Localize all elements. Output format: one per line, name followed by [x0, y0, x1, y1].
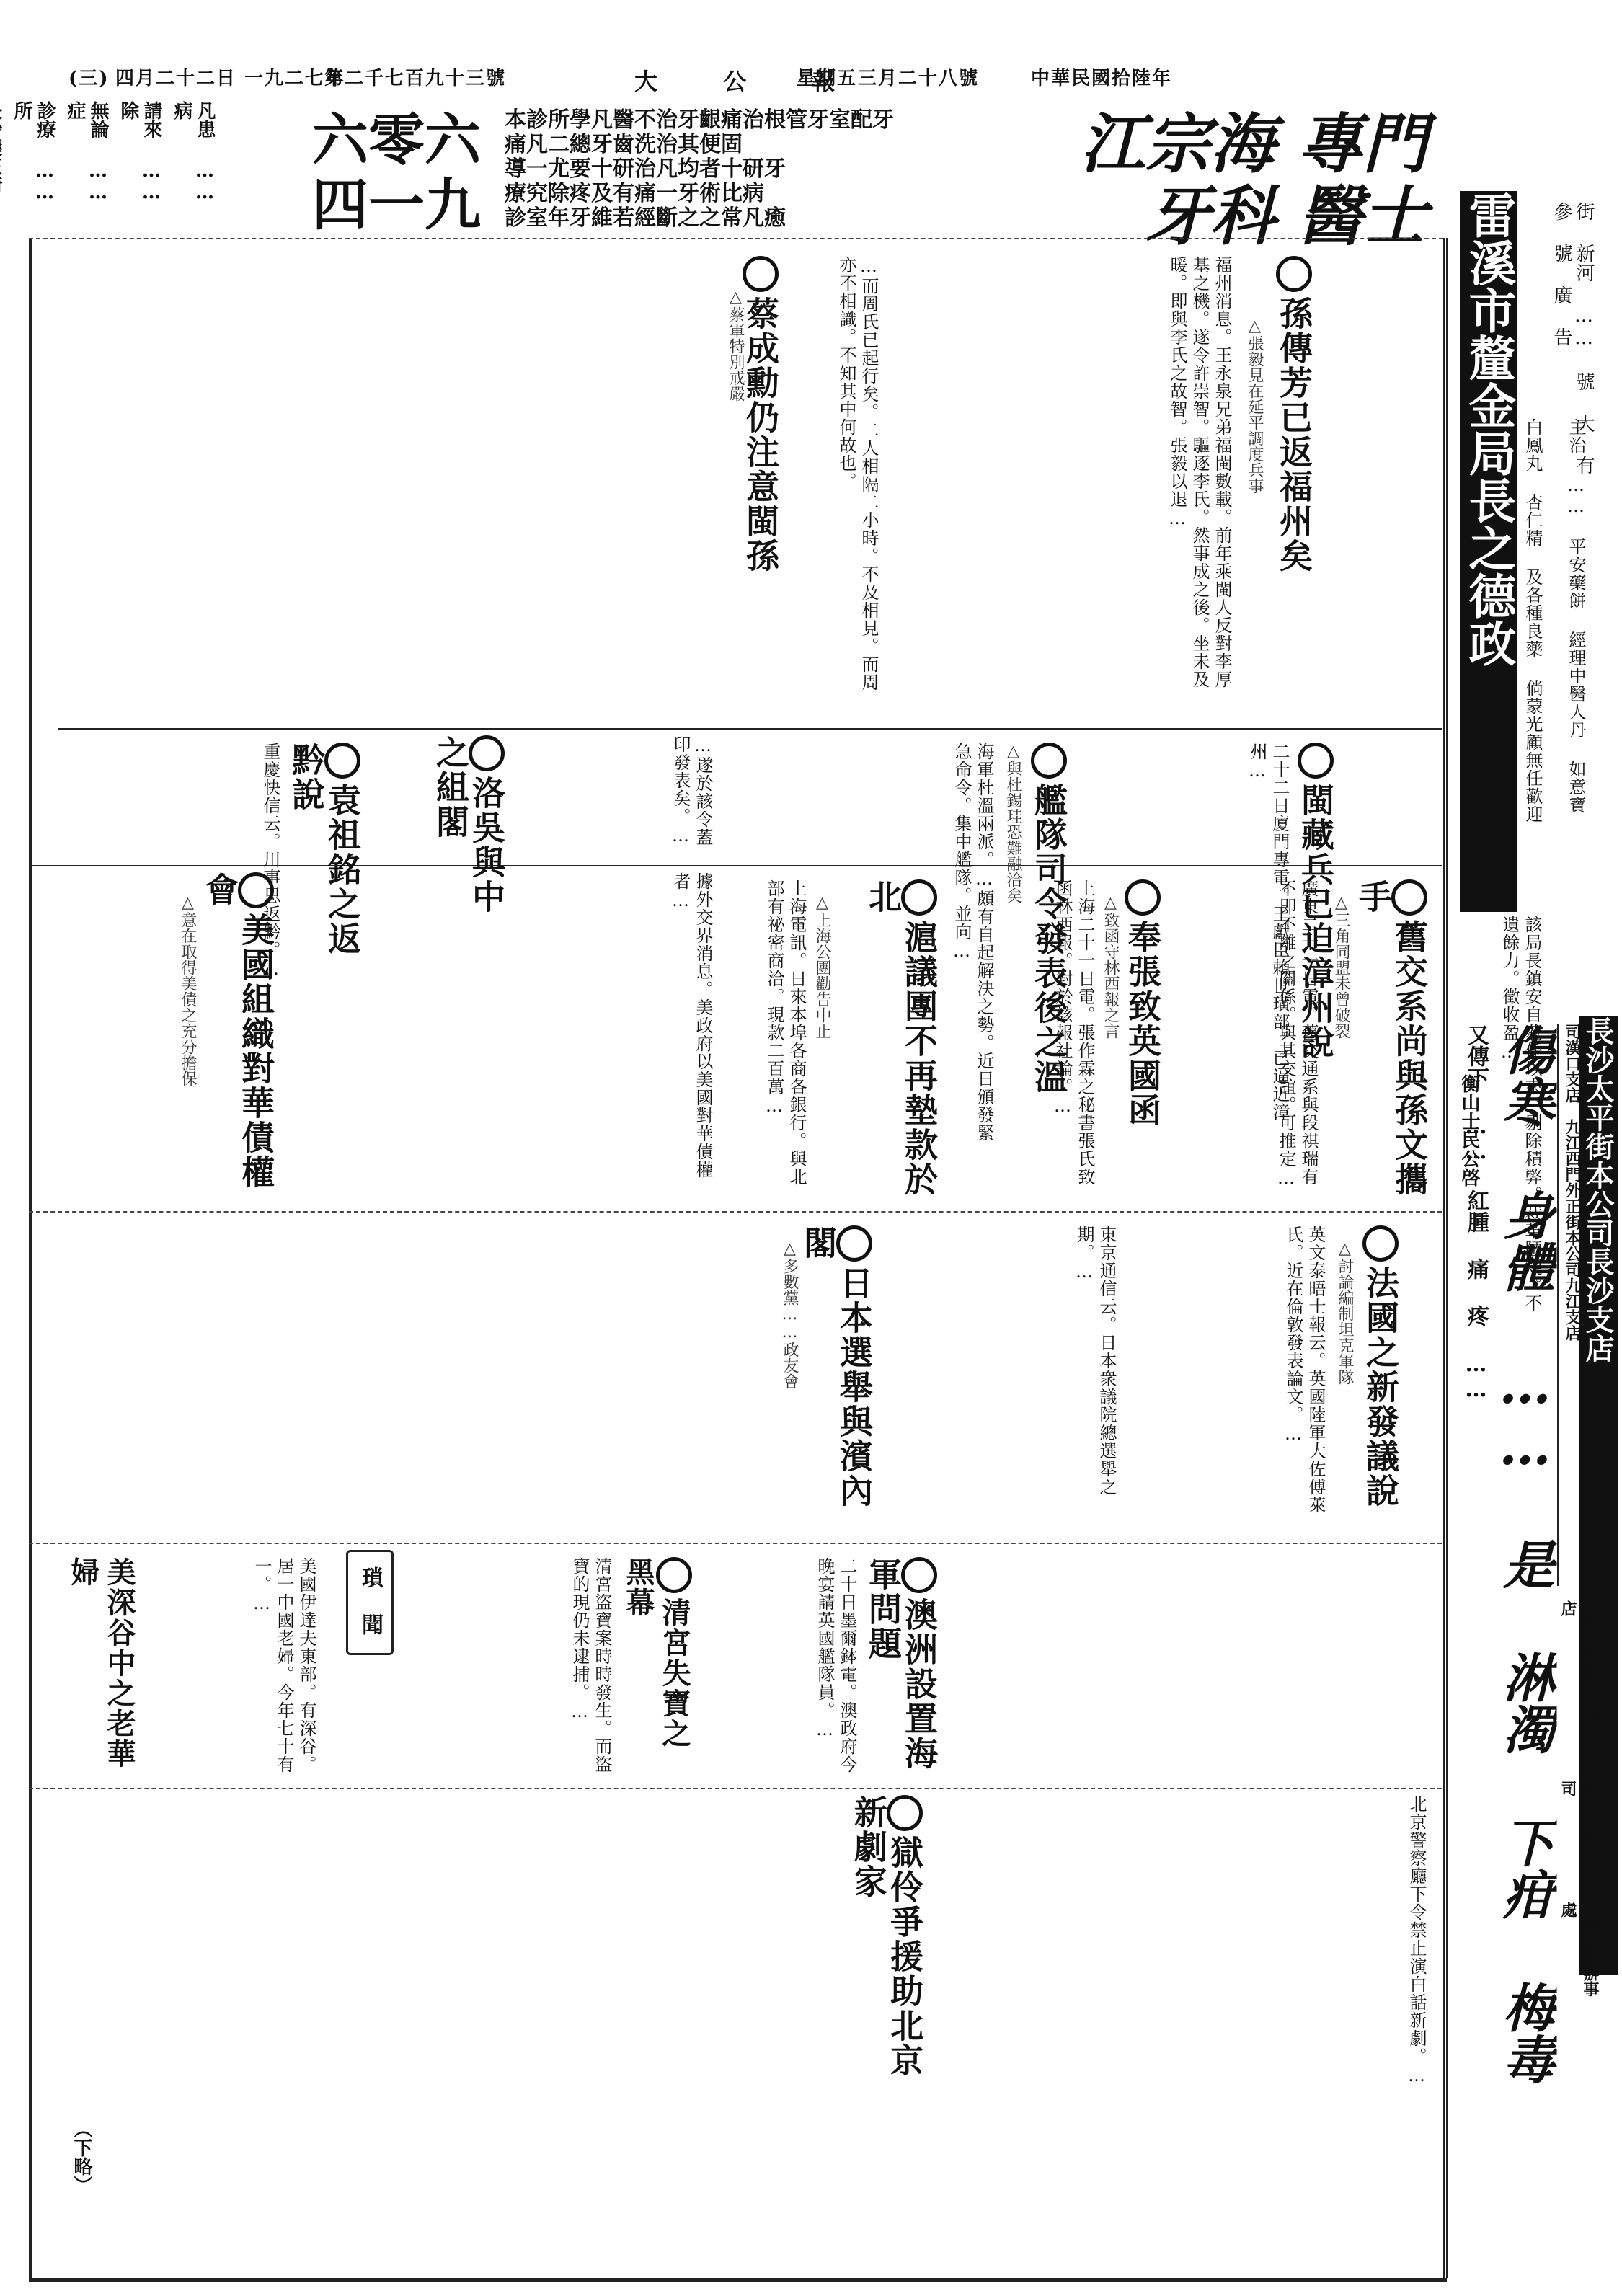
issue-number: 第二千七百九十三號 [324, 63, 506, 88]
headline-sun-chuanfang: 孫傳芳已返福州矣 [1276, 256, 1312, 703]
headline-qing-palace: 清宮失寶之黑幕 [620, 1557, 692, 1773]
article-body-duan-sun: 廣東二十一日電。舊交通系與段祺瑞有不即不離之關係。與其交誼。可推定… [1168, 879, 1319, 1197]
dateline-hujun: △上海公團勸告中止 [811, 894, 833, 1182]
bullet-circle-icon [1391, 879, 1427, 916]
bullet-circle-icon [743, 256, 779, 292]
small-ad-line: 凡患 …… 病 [170, 101, 216, 231]
medicine-address: 漢口花樓街本公司 [1557, 1781, 1602, 1897]
bullet-circle-icon [901, 879, 937, 916]
tier-rule-3 [29, 1211, 1442, 1213]
weekday: 星期五 [797, 63, 857, 88]
medicine-address: 公司駐京辦事處 [1557, 1902, 1602, 2004]
dateline-japan-election: △多數黨……政友會 [779, 1240, 801, 1456]
medicine-headline: 傷寒 身體 …… 是 淋濁 下疳 梅毒 [1496, 1024, 1554, 2148]
right-column-rule [1443, 238, 1448, 2278]
dentist-line: 本診所學凡醫不治牙齦痛治根管牙室配牙 [505, 108, 1038, 133]
dentist-line: 導一尤要十研治凡均者十研牙 [505, 157, 1038, 182]
small-ad-line: 無論 …… 症 [63, 101, 110, 231]
article-body-luo-wu: …遂於該令蓋印發表矣。… [476, 735, 714, 858]
dentist-ad-title: 江宗海 專門 牙科 醫士 [1024, 108, 1427, 252]
bullet-circle-icon [324, 743, 360, 779]
article-body-us-debt: 據外交界消息。美政府以美國對華債權者… [238, 872, 714, 1197]
dentist-line: 痛凡二總牙齒洗治其便固 [505, 133, 1038, 157]
notice-headline: 雷溪市釐金局長之德政 [1460, 191, 1517, 912]
phone-digits-bottom: 四一九 [303, 173, 490, 238]
phone-digits-top: 六零六 [303, 108, 490, 173]
article-body-beijing-drama-cont [65, 1795, 843, 2256]
dateline-french-view: △討論編制坦克軍隊 [1334, 1240, 1356, 1456]
dateline-sun-chuanfang: △張毅見在延平調度兵事 [1244, 317, 1266, 678]
tier-rule-4 [29, 1543, 1442, 1544]
dentist-line: 診室年牙維若經斷之之常凡癒 [505, 206, 1038, 231]
medicine-branch-jiujiang: 九江西門外正街本公司九江支店 [1563, 1119, 1582, 1341]
medicine-branch-hankou: 司漢口支店 [1563, 1024, 1582, 1103]
bullet-circle-icon [1031, 743, 1067, 779]
western-date: 四月二十二日 一九二七年 [115, 63, 345, 88]
article-body-martial-law [65, 256, 714, 717]
article-body-australia: 二十日墨爾鉢電。澳政府今晚宴請英國艦隊員。… [721, 1557, 858, 1773]
article-body-old-woman: 美國伊達夫東部。有深谷。居一中國老婦。今年七十有一。… [101, 1557, 317, 1773]
medicine-addresses: 上海北京路本公司上海支店 漢口花樓街本公司 公司駐京辦事處 [1557, 1600, 1602, 2004]
article-body-cai-chengxun: …而周氏已起行矣。二人相隔二小時。不及相見。而周亦不相識。不知其中何故也。 [786, 256, 879, 703]
bullet-circle-icon [656, 1557, 692, 1593]
dateline-duan-sun: △三角同盟未曾破裂 [1330, 894, 1352, 1182]
article-body-beijing-drama: 北京警察廳下令禁止演白話新劇。… [894, 1795, 1427, 2256]
article-body-hujun: 上海電訊。日來本埠各商各銀行。與北部有祕密商洽。現款二百萬… [721, 879, 807, 1197]
republic-year: 中華民國拾陸年 [1031, 63, 1172, 88]
to-be-continued: （下略） [68, 2119, 95, 2194]
dateline-us-debt: △意在取得美債之充分擔保 [177, 894, 199, 1182]
bullet-circle-icon [1276, 256, 1312, 292]
small-ad-line: 請來 …… 除 [117, 101, 163, 231]
bullet-circle-icon [1298, 743, 1334, 779]
small-ad-line: 長沙藥王街 [0, 101, 3, 231]
headline-zhang-zuolin: 奉張致英國函 [1125, 879, 1161, 1197]
article-body-qing-palace: 清宮盜寶案時時發生。而盜寶的現仍未逮捕。… [404, 1557, 613, 1773]
medicine-slogan: 又傳下 …… 紅腫 痛 疼 …… [1460, 1024, 1492, 2148]
misc-news-label: 瑣 聞 [354, 1566, 386, 1635]
dateline-cai-chengxun: △蔡軍特別戒嚴 [724, 288, 747, 505]
medicine-address: 上海北京路本公司上海支店 [1557, 1600, 1602, 1776]
page-number: (三) [68, 63, 110, 88]
headline-french-view: 法國之新發議說 [1362, 1225, 1399, 1528]
headline-duan-sun: 舊交系尚與孫文攜手 [1355, 879, 1427, 1197]
lunar-date: 三月二十八號 [858, 63, 979, 88]
article-body-sun-chuanfang: 福州消息。王永泉兄弟福閩數載。前年乘閩人反對李厚基之機。遂令許崇智。驅逐李氏。然… [887, 256, 1233, 703]
small-ad-line: 診療 …… 所 [10, 101, 56, 231]
dentist-ad-body: 本診所學凡醫不治牙齦痛治根管牙室配牙 痛凡二總牙齒洗治其便固 導一尤要十研治凡均… [505, 108, 1038, 231]
headline-cai-chengxun: 蔡成勳仍注意閩孫 [743, 256, 779, 703]
small-ads-left: 凡患 …… 病 請來 …… 除 無論 …… 症 診療 …… 所 長沙藥王街 李醫… [43, 101, 216, 231]
medicine-branches: 司漢口支店 九江西門外正街本公司九江支店 [1557, 1024, 1584, 1586]
tier-rule-5 [29, 1788, 1442, 1789]
article-body-japan-election: 東京通信云。日本衆議院總選舉之期。… [836, 1225, 1117, 1528]
bullet-circle-icon [1362, 1225, 1399, 1262]
dentist-line: 療究除疼及有痛一牙術比病 [505, 182, 1038, 206]
notice-item-1: 白鳳丸 杏仁精 及各種良藥 倘蒙光顧無任歡迎 [1521, 418, 1543, 851]
notice-item-2: 主治 …… 平安藥餅 經理中醫人丹 如意寶 [1564, 418, 1587, 851]
top-rule [29, 238, 1443, 239]
headline-australia: 澳洲設置海軍問題 [865, 1557, 937, 1773]
bullet-circle-icon [901, 1557, 937, 1593]
bullet-circle-icon [1125, 879, 1161, 916]
tier-rule-1-right [721, 728, 1442, 730]
headline-hujun: 滬議團不再墊款於北 [865, 879, 937, 1197]
dateline-zhang-zuolin: △致函守林西報之言 [1099, 894, 1122, 1182]
misc-news-box: 瑣 聞 [346, 1550, 394, 1655]
phone-ad: 六零六 四一九 [303, 108, 490, 238]
article-body-japan-election-cont [65, 1225, 714, 1528]
tier-rule-1-left [58, 728, 721, 730]
article-body-french-view: 英文泰晤士報云。英國陸軍大佐傅萊氏。近在倫敦發表論文。… [1125, 1225, 1326, 1528]
